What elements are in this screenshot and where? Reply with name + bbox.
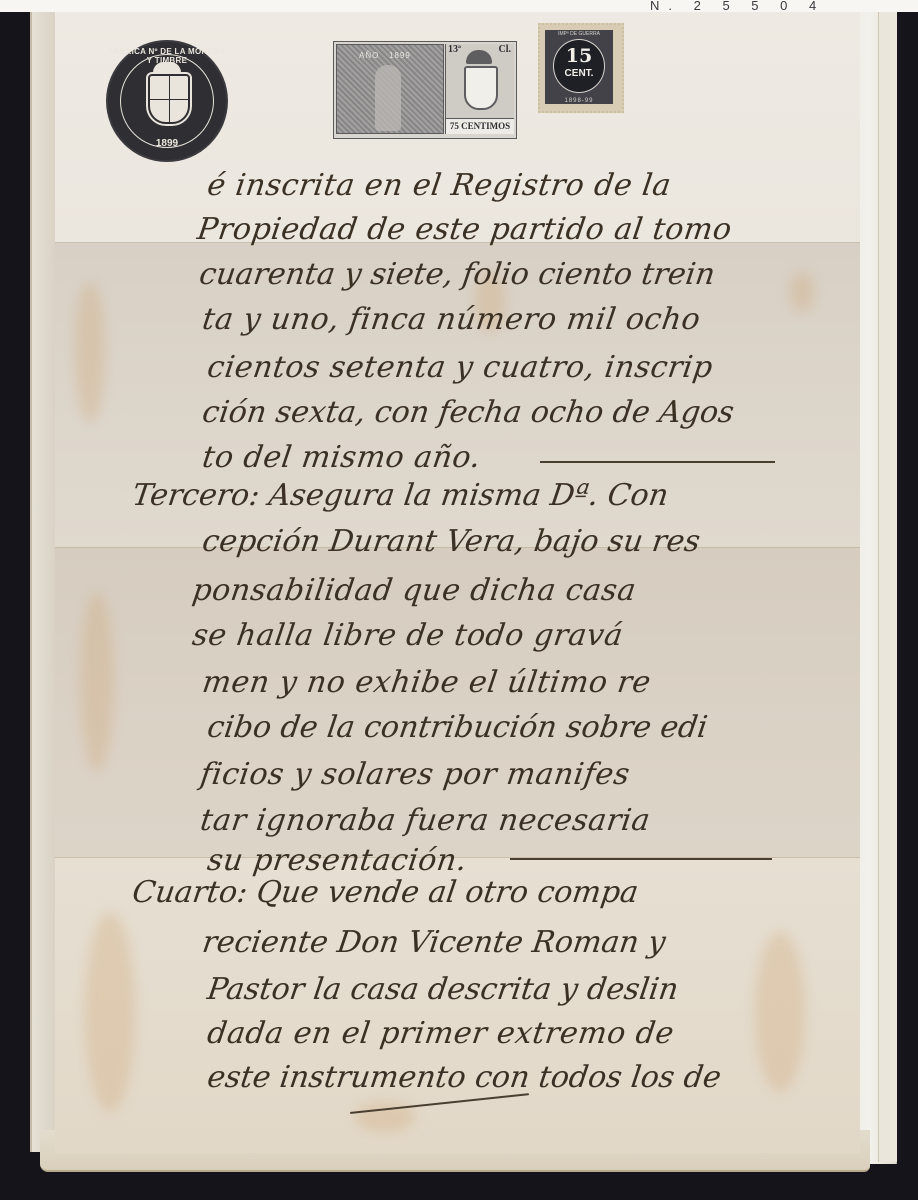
line-filler-rule	[540, 461, 775, 463]
war-stamp-oval: 15 CENT.	[553, 39, 605, 93]
handwritten-line: ta y uno, finca número mil ocho	[200, 302, 703, 338]
handwritten-line: tar ignoraba fuera necesaria	[198, 803, 653, 839]
handwritten-line: cientos setenta y cuatro, inscrip	[205, 350, 715, 386]
tax-stamp-shield-panel: 13ª Cl. 75 CENTIMOS	[445, 44, 514, 134]
handwritten-line: ponsabilidad que dicha casa	[190, 573, 638, 609]
handwritten-line: Tercero: Asegura la misma Dª. Con	[130, 478, 671, 514]
war-stamp-value: 15	[554, 46, 604, 66]
war-tax-stamp: IMPº DE GUERRA 15 CENT. 1898-99	[538, 23, 624, 113]
war-stamp-top-label: IMPº DE GUERRA	[545, 31, 613, 37]
crown-icon	[153, 62, 181, 74]
handwritten-line: su presentación.	[205, 843, 469, 879]
foxing-stain	[755, 932, 805, 1092]
foxing-stain	[75, 282, 105, 422]
seal-year: 1899	[108, 138, 226, 149]
handwritten-line: este instrumento con todos los de	[205, 1060, 723, 1096]
tax-stamp-cl: Cl.	[499, 44, 512, 55]
handwritten-line: reciente Don Vicente Roman y	[200, 925, 668, 961]
tax-stamp-class: 13ª	[448, 44, 461, 55]
foxing-stain	[85, 912, 135, 1112]
mint-seal: FABRICA Nº DE LA MONEDA Y TIMBRE 1899	[108, 42, 226, 160]
tax-stamp-value: 75 CENTIMOS	[446, 118, 514, 134]
handwritten-line: to del mismo año.	[200, 440, 483, 476]
allegorical-figure-icon: AÑO 1899	[336, 44, 444, 134]
handwritten-line: ficios y solares por manifes	[198, 757, 632, 793]
handwritten-line: cepción Durant Vera, bajo su res	[200, 524, 702, 560]
foxing-stain	[80, 592, 114, 772]
coat-of-arms-icon	[148, 74, 190, 124]
handwritten-line: Cuarto: Que vende al otro compa	[130, 875, 641, 911]
back-sheet-right-edge-2	[878, 12, 897, 1162]
handwritten-line: Pastor la casa descrita y deslin	[205, 972, 681, 1008]
foxing-stain	[790, 272, 814, 312]
tax-stamp-year: AÑO 1899	[359, 51, 411, 60]
line-filler-rule	[510, 858, 772, 860]
crown-icon	[466, 50, 492, 64]
handwritten-line: dada en el primer extremo de	[205, 1016, 676, 1052]
war-stamp-face: IMPº DE GUERRA 15 CENT. 1898-99	[545, 30, 613, 104]
tax-stamp: AÑO 1899 13ª Cl. 75 CENTIMOS	[333, 41, 517, 139]
handwritten-line: ción sexta, con fecha ocho de Agos	[200, 395, 736, 431]
handwritten-line: cibo de la contribución sobre edi	[205, 710, 710, 746]
war-stamp-bottom-label: 1898-99	[545, 98, 613, 104]
serial-number: N. 2 5 5 0 4	[650, 0, 825, 12]
standing-figure-icon	[375, 65, 401, 131]
handwritten-line: se halla libre de todo gravá	[190, 618, 625, 654]
handwritten-line: cuarenta y siete, folio ciento trein	[197, 257, 717, 293]
handwritten-line: Propiedad de este partido al tomo	[195, 212, 734, 248]
crowned-shield-icon	[464, 66, 498, 110]
war-stamp-unit: CENT.	[554, 68, 604, 79]
handwritten-line: é inscrita en el Registro de la	[205, 168, 673, 204]
handwritten-line: men y no exhibe el último re	[200, 665, 653, 701]
